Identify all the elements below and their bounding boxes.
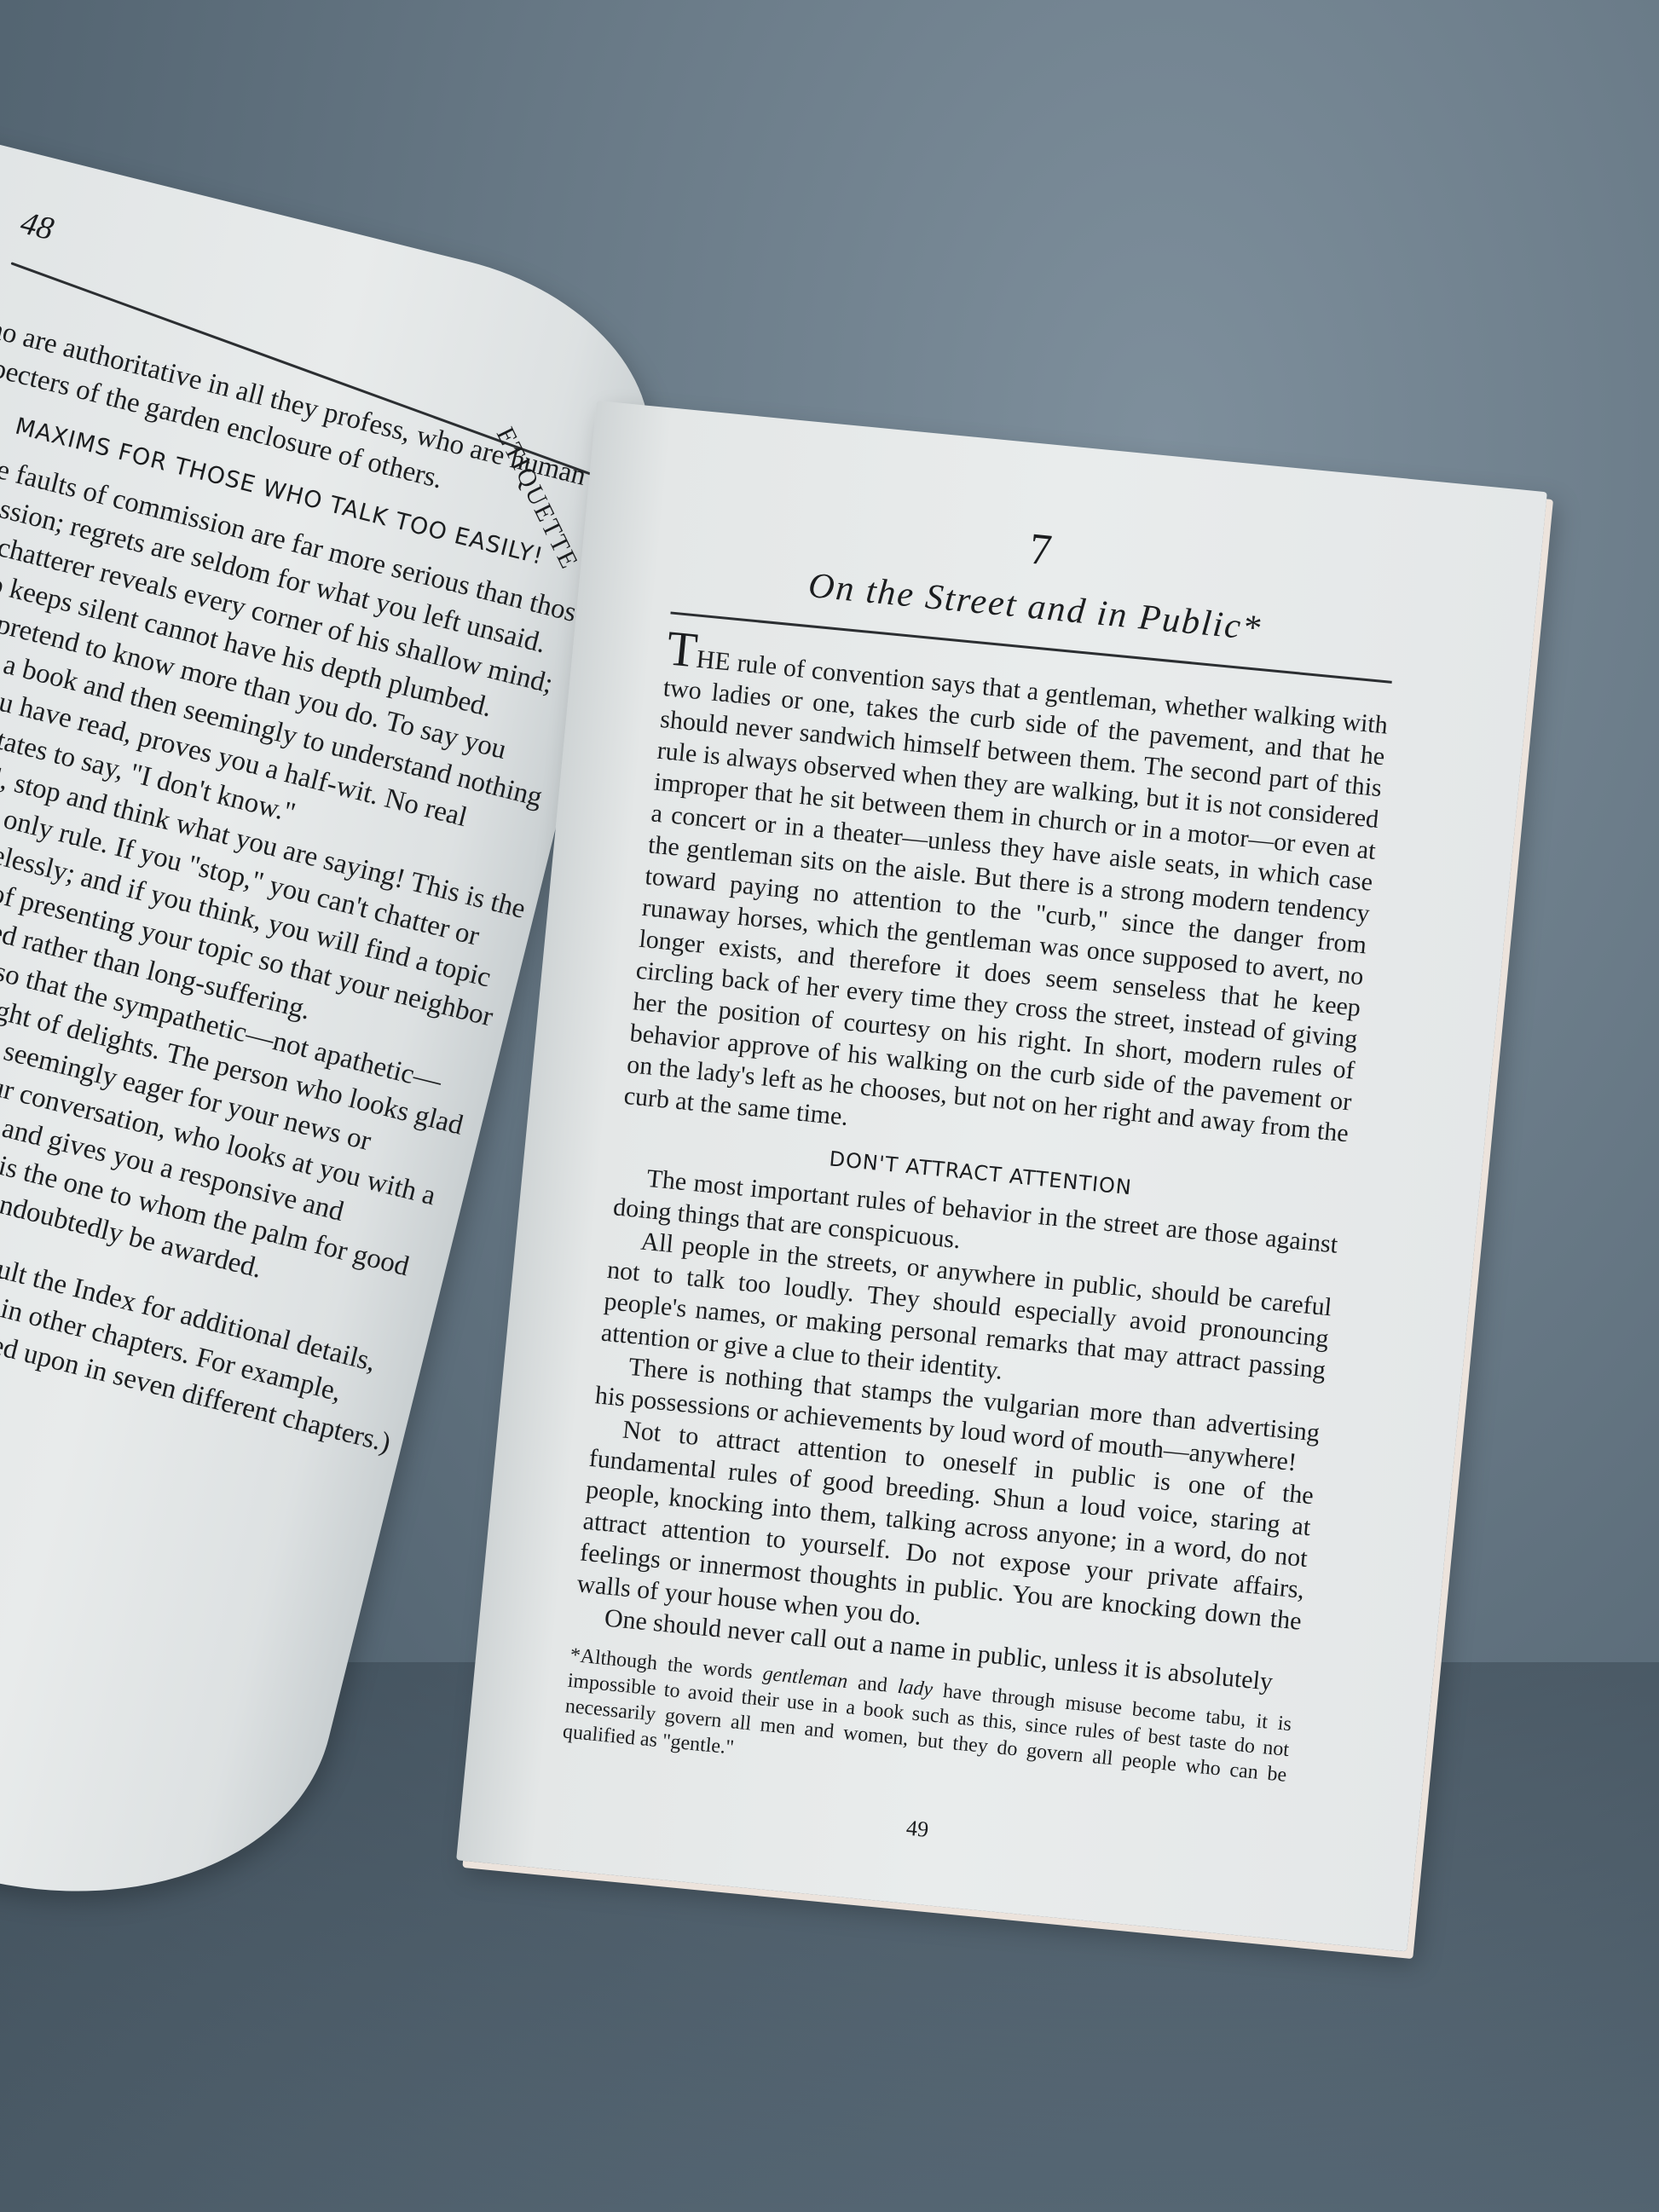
right-page-body: THE rule of convention says that a gentl… [555, 631, 1390, 1879]
footnote-emphasis: gentleman [762, 1663, 849, 1693]
intro-paragraph: THE rule of convention says that a gentl… [622, 631, 1390, 1181]
right-page: 7 On the Street and in Public* THE rule … [456, 401, 1547, 1951]
footnote-text: and [847, 1671, 899, 1698]
left-page-content: 48 ETIQUETTE who are authoritative in al… [26, 204, 654, 361]
page-number-left: 48 [17, 204, 58, 248]
intro-text: HE rule of convention says that a gentle… [622, 645, 1389, 1148]
right-page-content: 7 On the Street and in Public* THE rule … [555, 490, 1403, 1879]
footnote-emphasis: lady [897, 1676, 934, 1701]
